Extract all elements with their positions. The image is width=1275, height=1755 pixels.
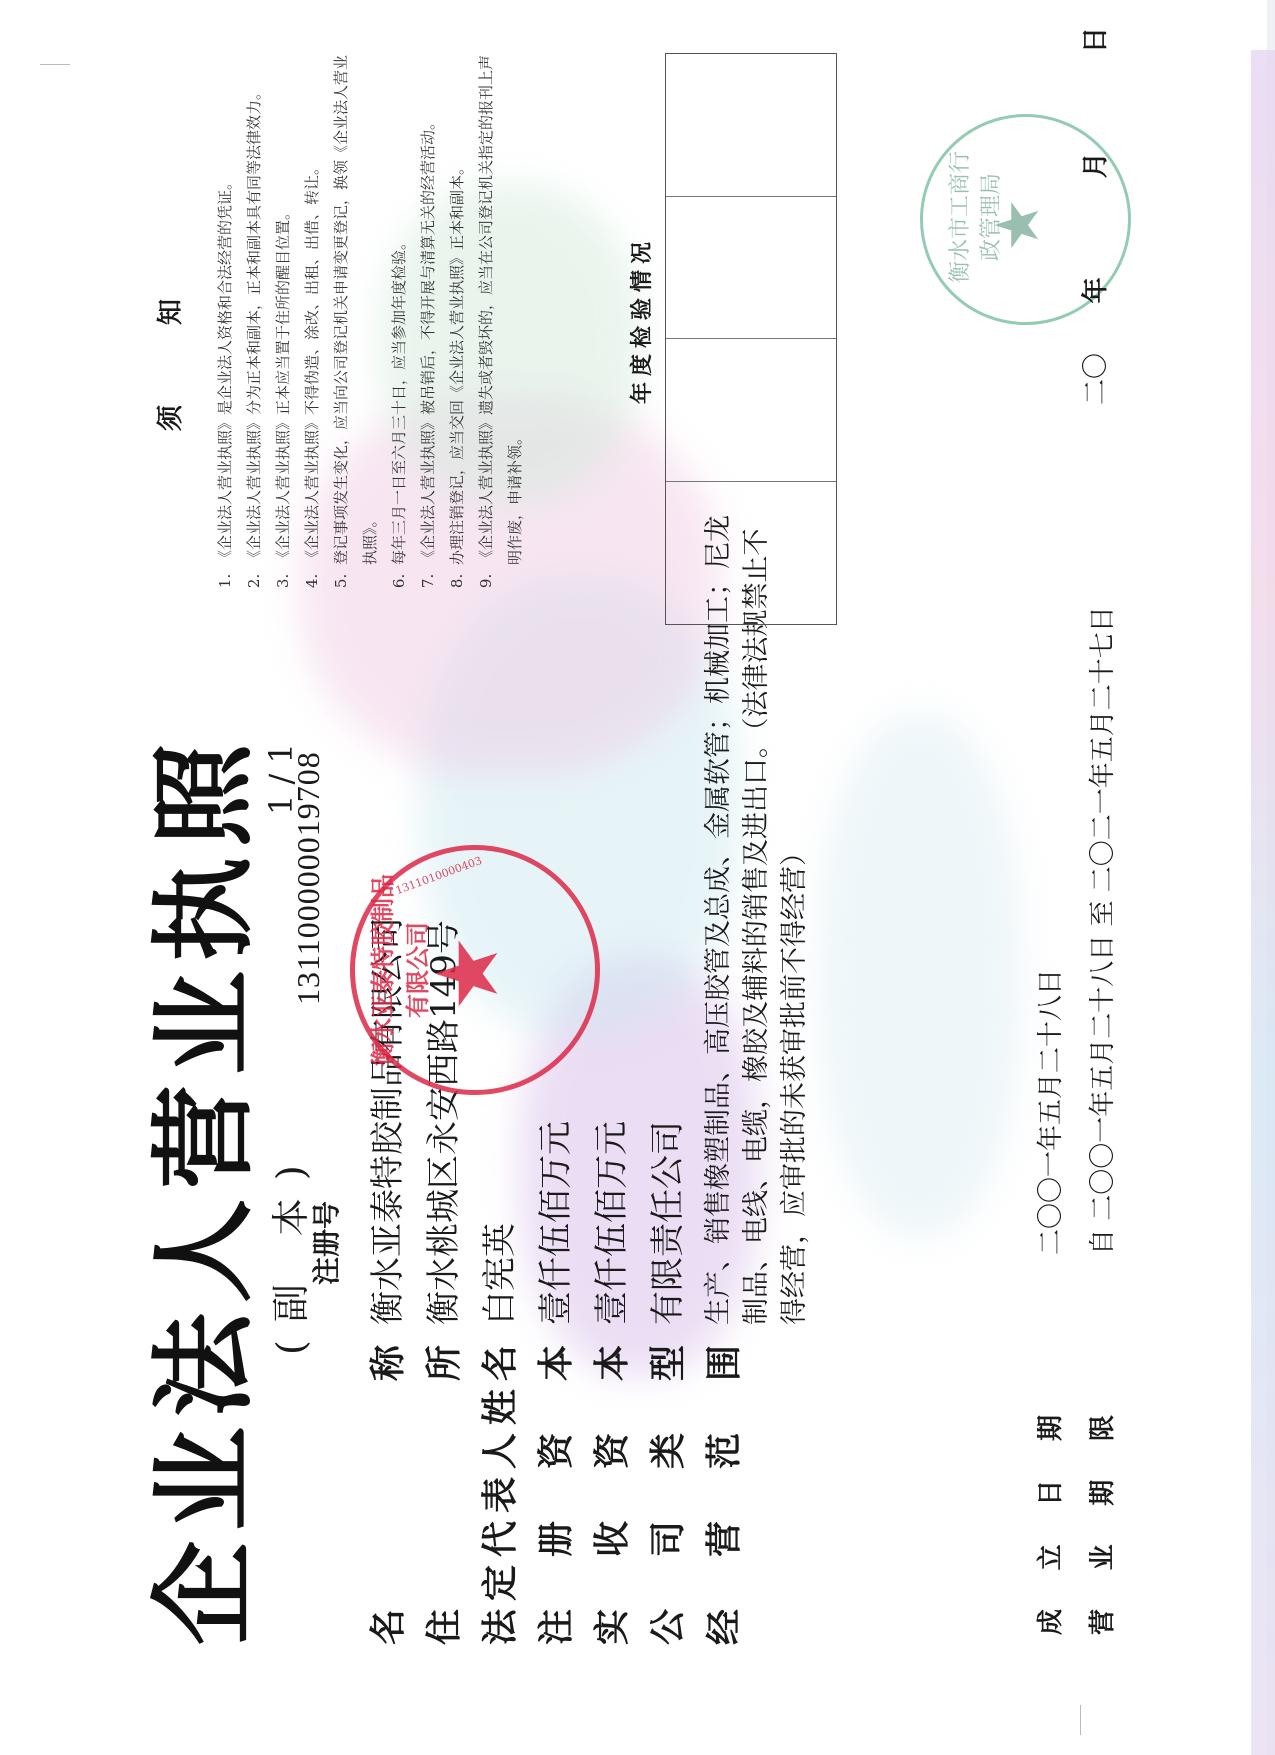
label-char: 姓 bbox=[472, 1389, 523, 1425]
notice-item: 《企业法人营业执照》正本应当置于住所的醒目位置。 bbox=[269, 55, 298, 569]
label-char: 司 bbox=[640, 1521, 691, 1557]
label-char: 营 bbox=[1082, 1609, 1119, 1635]
label-char: 住 bbox=[416, 1609, 467, 1645]
field-paid-in-capital: 实收资本 壹仟伍佰万元 bbox=[584, 525, 640, 1645]
field-label: 实收资本 bbox=[584, 1345, 635, 1645]
label-char: 表 bbox=[472, 1477, 523, 1513]
notice-list: 《企业法人营业执照》是企业法人资格和合法经营的凭证。 《企业法人营业执照》分为正… bbox=[211, 55, 530, 595]
field-registered-capital: 注册资本 壹仟伍佰万元 bbox=[528, 525, 584, 1645]
label-char: 范 bbox=[696, 1433, 747, 1469]
year-label: 年 bbox=[1081, 277, 1111, 303]
date-value: 自 二〇〇一年五月二十八日 至 二〇二一年五月二十七日 bbox=[1082, 606, 1119, 1255]
company-seal: 衡水亚泰特胶制品有限公司 ★ 1311010000403 bbox=[350, 845, 600, 1095]
month-label: 月 bbox=[1081, 152, 1111, 178]
label-char: 日 bbox=[1030, 1480, 1067, 1506]
notice-item: 《企业法人营业执照》不得伪造、涂改、出租、出借、转让。 bbox=[298, 55, 327, 569]
inspection-cell bbox=[666, 196, 836, 339]
scan-mark bbox=[40, 64, 70, 65]
star-icon: ★ bbox=[425, 935, 511, 1012]
field-label: 经营范围 bbox=[696, 1345, 747, 1645]
notice-title: 须知 bbox=[150, 55, 187, 595]
field-value: 白宪英 bbox=[472, 1223, 521, 1325]
registration-label: 注册号 bbox=[305, 1201, 345, 1285]
star-icon: ★ bbox=[983, 198, 1053, 252]
label-char: 本 bbox=[528, 1345, 579, 1381]
label-char: 定 bbox=[472, 1565, 523, 1601]
label-char: 本 bbox=[584, 1345, 635, 1381]
field-company-type: 公司类型 有限责任公司 bbox=[640, 525, 696, 1645]
label-char: 人 bbox=[472, 1433, 523, 1469]
label-char: 收 bbox=[584, 1521, 635, 1557]
label-char: 名 bbox=[360, 1609, 411, 1645]
annual-inspection-table bbox=[665, 53, 837, 625]
field-value: 壹仟伍佰万元 bbox=[528, 1121, 577, 1325]
inspection-cell bbox=[666, 54, 836, 196]
label-char: 称 bbox=[360, 1345, 411, 1381]
field-label: 名称 bbox=[360, 1345, 411, 1645]
issue-year-prefix: 二〇 bbox=[1081, 353, 1111, 405]
scan-mark bbox=[1080, 1705, 1081, 1735]
registration-number: 131100000019708 bbox=[290, 751, 327, 1005]
label-char: 实 bbox=[584, 1609, 635, 1645]
day-label: 日 bbox=[1081, 27, 1111, 53]
notice-item: 《企业法人营业执照》是企业法人资格和合法经营的凭证。 bbox=[211, 55, 240, 569]
label-char: 代 bbox=[472, 1521, 523, 1557]
date-label: 成立日期 bbox=[1030, 1415, 1067, 1635]
label-char: 期 bbox=[1030, 1415, 1067, 1441]
notice-item: 《企业法人营业执照》分为正本和副本，正本和副本具有同等法律效力。 bbox=[240, 55, 269, 569]
field-value: 有限责任公司 bbox=[640, 1121, 689, 1325]
label-char: 立 bbox=[1030, 1544, 1067, 1570]
label-char: 经 bbox=[696, 1609, 747, 1645]
notice-item: 《企业法人营业执照》被吊销后，不得开展与清算无关的经营活动。 bbox=[414, 55, 443, 569]
field-label: 公司类型 bbox=[640, 1345, 691, 1645]
label-char: 法 bbox=[472, 1609, 523, 1645]
business-license-sheet: 企业法人营业执照 (副 本) 1 / 1 注册号 131100000019708… bbox=[0, 0, 1275, 1755]
field-business-scope: 经营范围 生产、销售橡塑制品、高压胶管及总成、金属软管；机械加工；尼龙制品、电线… bbox=[696, 525, 836, 1645]
label-char: 公 bbox=[640, 1609, 691, 1645]
label-char: 期 bbox=[1082, 1480, 1119, 1506]
label-char: 名 bbox=[472, 1345, 523, 1381]
annual-inspection-title: 年度检验情况 bbox=[625, 125, 656, 515]
field-value: 壹仟伍佰万元 bbox=[584, 1121, 633, 1325]
document-title: 企业法人营业执照 bbox=[120, 733, 270, 1645]
label-char: 册 bbox=[528, 1521, 579, 1557]
label-char: 营 bbox=[696, 1521, 747, 1557]
notice-item: 办理注销登记，应当交回《企业法人营业执照》正本和副本。 bbox=[443, 55, 472, 569]
label-char: 注 bbox=[528, 1609, 579, 1645]
date-value: 二〇〇一年五月二十八日 bbox=[1030, 969, 1067, 1255]
field-label: 住所 bbox=[416, 1345, 467, 1645]
field-name: 名称 衡水亚泰特胶制品有限公司 bbox=[360, 525, 416, 1645]
notice-item: 《企业法人营业执照》遗失或者毁坏的，应当在公司登记机关指定的报刊上声明作废，申请… bbox=[472, 55, 530, 569]
field-label: 法定代表人姓名 bbox=[472, 1345, 523, 1645]
field-label: 注册资本 bbox=[528, 1345, 579, 1645]
background-pattern bbox=[820, 715, 1020, 1235]
inspection-cell bbox=[666, 339, 836, 482]
date-label: 营业期限 bbox=[1082, 1415, 1119, 1635]
label-char: 业 bbox=[1082, 1544, 1119, 1570]
issue-date: 二〇 年 月 日 bbox=[1075, 27, 1112, 405]
label-char: 类 bbox=[640, 1433, 691, 1469]
label-char: 围 bbox=[696, 1345, 747, 1381]
notice-item: 每年三月一日至六月三十日，应当参加年度检验。 bbox=[385, 55, 414, 569]
label-char: 成 bbox=[1030, 1609, 1067, 1635]
notice-section: 须知 《企业法人营业执照》是企业法人资格和合法经营的凭证。 《企业法人营业执照》… bbox=[150, 55, 530, 595]
inspection-cell bbox=[666, 481, 836, 624]
notice-item: 登记事项发生变化，应当向公司登记机关申请变更登记，换领《企业法人营业执照》。 bbox=[327, 55, 385, 569]
label-char: 型 bbox=[640, 1345, 691, 1381]
label-char: 资 bbox=[584, 1433, 635, 1469]
field-value: 生产、销售橡塑制品、高压胶管及总成、金属软管；机械加工；尼龙制品、电线、电缆，橡… bbox=[700, 505, 814, 1325]
label-char: 限 bbox=[1082, 1415, 1119, 1441]
label-char: 资 bbox=[528, 1433, 579, 1469]
label-char: 所 bbox=[416, 1345, 467, 1381]
